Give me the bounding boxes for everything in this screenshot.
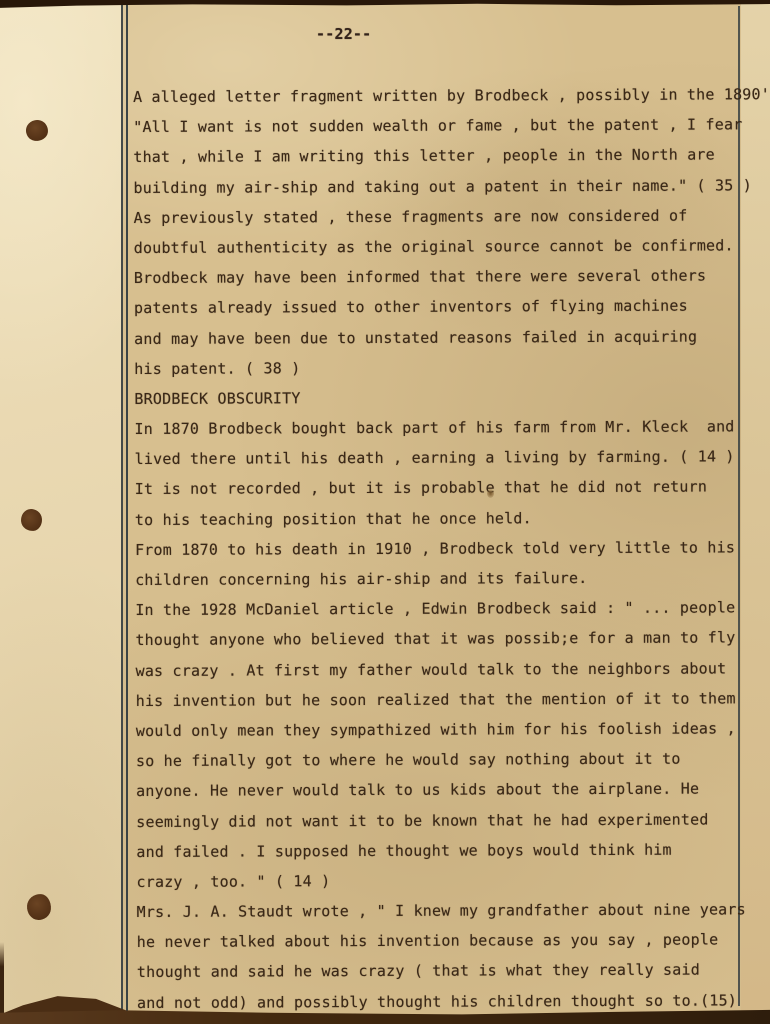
- text-line: From 1870 to his death in 1910 , Brodbec…: [135, 532, 770, 565]
- margin-double-rule: [121, 0, 128, 1024]
- text-line: building my air-ship and taking out a pa…: [133, 170, 770, 203]
- text-line: Mrs. J. A. Staudt wrote , " I knew my gr…: [137, 894, 770, 927]
- text-line: children concerning his air-ship and its…: [135, 562, 770, 595]
- text-line: and may have been due to unstated reason…: [134, 321, 770, 354]
- text-line: thought anyone who believed that it was …: [135, 622, 770, 655]
- scan-edge-left: [0, 942, 4, 1024]
- text-line: to his teaching position that he once he…: [135, 502, 770, 535]
- text-line: crazy , too. " ( 14 ): [136, 864, 770, 897]
- binding-margin: [0, 0, 121, 1024]
- text-line: and failed . I supposed he thought we bo…: [136, 834, 770, 867]
- text-line: In the 1928 McDaniel article , Edwin Bro…: [135, 592, 770, 625]
- text-line: It is not recorded , but it is probable …: [135, 472, 770, 505]
- text-line: Brodbeck may have been informed that the…: [134, 260, 770, 293]
- text-line: his invention but he soon realized that …: [136, 683, 770, 716]
- text-line: anyone. He never would talk to us kids a…: [136, 773, 770, 806]
- typewritten-text: A alleged letter fragment written by Bro…: [133, 79, 770, 1018]
- scanned-page: { "page": { "number_label": "--22--", "p…: [0, 0, 770, 1024]
- text-line: A alleged letter fragment written by Bro…: [133, 79, 770, 112]
- text-line: seemingly did not want it to be known th…: [136, 804, 770, 837]
- text-line: so he finally got to where he would say …: [136, 743, 770, 776]
- page-number: --22--: [316, 27, 371, 42]
- text-line: doubtful authenticity as the original so…: [134, 230, 770, 263]
- text-line: patents already issued to other inventor…: [134, 290, 770, 323]
- text-line: was crazy . At first my father would tal…: [136, 653, 770, 686]
- text-line: he never talked about his invention beca…: [137, 924, 770, 957]
- section-heading: BRODBECK OBSCURITY: [134, 381, 770, 414]
- text-line: In 1870 Brodbeck bought back part of his…: [134, 411, 770, 444]
- text-line: would only mean they sympathized with hi…: [136, 713, 770, 746]
- text-line: As previously stated , these fragments a…: [134, 200, 770, 233]
- text-line: thought and said he was crazy ( that is …: [137, 955, 770, 988]
- text-line: "All I want is not sudden wealth or fame…: [133, 109, 770, 142]
- text-line: lived there until his death , earning a …: [135, 441, 770, 474]
- ink-smudge: [487, 489, 494, 498]
- text-line: that , while I am writing this letter , …: [133, 139, 770, 172]
- text-line: his patent. ( 38 ): [134, 351, 770, 384]
